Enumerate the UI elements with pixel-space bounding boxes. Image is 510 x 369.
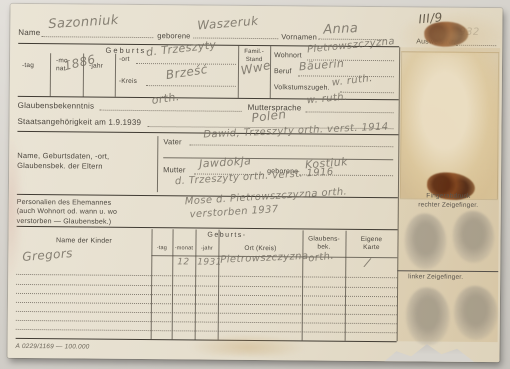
beruf-handwriting: Bäuerin: [299, 57, 345, 74]
table-divider-4: [218, 230, 220, 340]
parents-divider: [157, 136, 158, 192]
husband-section-label: Personalien des Ehemannes (auch Wohnort …: [17, 198, 207, 228]
name-handwriting: Sazonniuk: [48, 13, 119, 32]
geborene-label: geborene: [157, 31, 190, 40]
table-row-line-7: [16, 329, 397, 333]
parents-section-label: Name, Geburtsdaten, -ort, Glaubensbek. d…: [17, 151, 155, 172]
geborene-handwriting: Waszeruk: [197, 14, 259, 33]
birth-year-handwriting: 1886: [62, 52, 97, 73]
table-row-line-3: [16, 293, 397, 297]
ausweis-nr-line: [456, 45, 496, 46]
birth-ort-label: -ort: [119, 56, 130, 63]
vornamen-handwriting: Anna: [323, 21, 359, 38]
children-tag-col-header: -tag: [151, 245, 172, 251]
registration-card: Name Sazonniuk geborene Waszeruk Vorname…: [7, 4, 502, 362]
children-jahr-col-header: -jahr: [195, 245, 218, 251]
famil-divider-right: [270, 46, 271, 98]
fingerprint-right-smudge-2: [452, 211, 494, 263]
glauben-line: [100, 110, 242, 112]
table-row-line-1: [16, 274, 397, 278]
table-row-line-2: [16, 284, 397, 288]
child-jahr-handwriting: 1931: [197, 257, 222, 267]
muttersprache-handwriting: w. ruth.: [306, 92, 348, 107]
birth-ort-handwriting: d. Trzeszyty: [145, 38, 217, 59]
children-geburts-header: Geburts-: [152, 231, 303, 239]
staatsangehoerigkeit-label: Staatsangehörigkeit am 1.9.1939: [17, 117, 141, 127]
table-row-line-6: [16, 320, 397, 324]
mutter-label: Mutter: [163, 165, 186, 174]
children-name-header: Name der Kinder: [16, 237, 151, 245]
birth-tag-label: -tag: [22, 62, 34, 69]
glauben-label: Glaubensbekenntnis: [18, 101, 95, 111]
vater-handwriting: Dawid, Trzeszyty orth. verst. 1914: [203, 121, 389, 140]
vater-label: Vater: [163, 137, 181, 146]
child-ort-handwriting: Pietrowszczyzna: [220, 251, 309, 266]
staatsangehoerigkeit-handwriting: Polen: [251, 107, 287, 125]
fingerprint-right-label: Fingerabdruck rechter Zeigefinger.: [401, 192, 496, 210]
beruf-label: Beruf: [274, 68, 292, 75]
fingerprint-left-label: linker Zeigefinger.: [408, 273, 463, 280]
birth-divider-1: [50, 53, 51, 96]
birth-kreis-line: [146, 85, 236, 87]
mutter-handwriting: Jawdokja: [199, 154, 252, 170]
form-number: A 0229/1169 — 100.000: [16, 343, 90, 351]
table-row-line-4: [16, 302, 397, 306]
volkstum-line: [340, 92, 394, 93]
scanned-document-scene: Name Sazonniuk geborene Waszeruk Vorname…: [0, 0, 510, 369]
husband-rule: [17, 226, 398, 230]
table-bottom-rule: [16, 338, 397, 342]
bottom-stain: [187, 333, 307, 356]
child-name-handwriting: Gregors: [22, 246, 74, 264]
fingerprint-right-smudge-1: [404, 213, 446, 269]
fingerprint-left-smudge-1: [406, 287, 451, 345]
child-glauben-handwriting: orth.: [308, 251, 335, 265]
parents-mid-line: [163, 157, 393, 160]
fingerprint-left-smudge-2: [454, 286, 498, 340]
glauben-handwriting: orth.: [151, 90, 181, 107]
table-row-line-5: [16, 311, 397, 315]
wohnort-label: Wohnort: [274, 52, 302, 59]
vater-line: [189, 144, 393, 147]
table-divider-1: [151, 229, 153, 339]
name-label: Name: [18, 28, 40, 37]
birth-kreis-handwriting: Brześć: [165, 62, 209, 82]
name-line: [41, 36, 153, 38]
table-divider-6: [345, 231, 347, 341]
volkstum-label: Volkstumszugeh.: [274, 84, 330, 91]
children-glauben-col-header: Glaubens- bek.: [302, 235, 345, 252]
child-monat-handwriting: 12: [177, 257, 189, 267]
children-karte-col-header: Eigene Karte: [345, 236, 397, 253]
muttersprache-line: [306, 111, 394, 113]
birth-divider-3: [115, 54, 116, 97]
children-monat-col-header: -monat: [172, 245, 195, 251]
birth-kreis-label: -Kreis: [119, 78, 137, 85]
table-divider-5: [302, 230, 304, 340]
vornamen-label: Vornamen: [281, 32, 317, 41]
